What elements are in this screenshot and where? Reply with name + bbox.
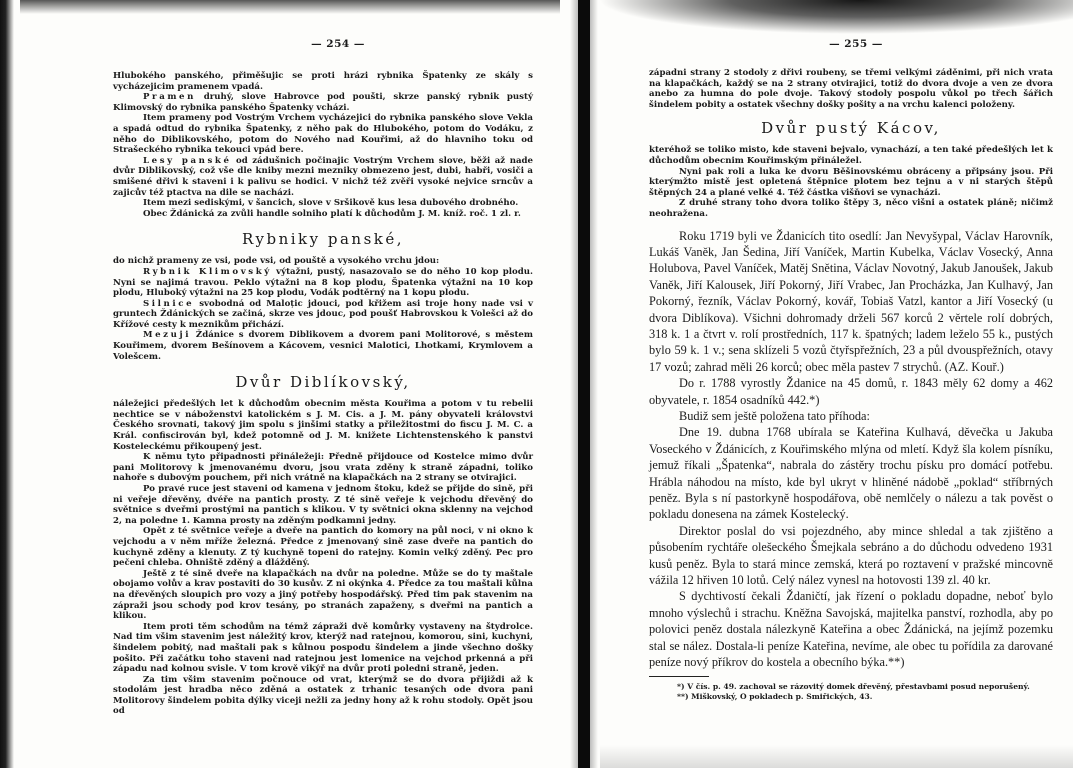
footnote: *) V čís. p. 49. zachoval se rázovitý do… <box>649 682 1053 692</box>
paragraph: Z druhé strany toho dvora toliko štěpy 3… <box>649 198 1053 219</box>
right-intro-text: západni strany 2 stodoly z dřivi roubeny… <box>649 68 1053 110</box>
left-page: — 254 — Hlubokého panského, přiměšujic s… <box>113 38 533 717</box>
paragraph: Direktor poslal do vsi pojezdného, aby m… <box>649 523 1053 589</box>
page-number-255: — 255 — <box>649 38 1053 50</box>
paragraph: Obec Ždánická za zvůli handle solniho pl… <box>113 209 533 220</box>
footnote-divider <box>649 676 709 677</box>
paragraph: do nichž prameny ze vsi, pode vsi, od po… <box>113 256 533 267</box>
spaced-term: Silnice <box>143 299 194 309</box>
spaced-term: Rybnik Klimovský <box>143 267 272 277</box>
paragraph: Silnice svobodná od Maloțic jdouci, pod … <box>113 299 533 331</box>
paragraph: kteréhož se toliko misto, kde staveni be… <box>649 145 1053 166</box>
left-intro-text: Hlubokého panského, přiměšujic se proti … <box>113 71 533 219</box>
right-page: — 255 — západni strany 2 stodoly z dřivi… <box>649 38 1053 702</box>
paragraph: Ještě z té sině dveře na klapačkách na d… <box>113 569 533 622</box>
section-kacov-text: kteréhož se toliko misto, kde staveni be… <box>649 145 1053 219</box>
footnote: **) Miškovský, O pokladech p. Smiřických… <box>649 692 1053 702</box>
paragraph: Lesy panské od zádušnich počinajic Vostr… <box>113 156 533 198</box>
paragraph: Po pravé ruce jest staveni od kamena v j… <box>113 484 533 526</box>
section-title-rybniky-panske: Rybniky panské, <box>113 230 533 248</box>
paragraph: Item proti těm schodům na témž zápraži d… <box>113 622 533 675</box>
paragraph: Hlubokého panského, přiměšujic se proti … <box>113 71 533 92</box>
section-title-dvur-diblikovsky: Dvůr Diblíkovský, <box>113 373 533 391</box>
paragraph: Za tim všim stavenim počnouce od vrat, k… <box>113 675 533 717</box>
paragraph: západni strany 2 stodoly z dřivi roubeny… <box>649 68 1053 110</box>
paragraph: Rybnik Klimovský výtažni, pustý, nasazov… <box>113 267 533 299</box>
footnotes: *) V čís. p. 49. zachoval se rázovitý do… <box>649 682 1053 702</box>
bottom-scan-noise <box>600 745 1073 768</box>
main-body-text: Roku 1719 byli ve Ždanicích tito osedlí:… <box>649 228 1053 671</box>
left-scan-edge <box>0 0 14 768</box>
section-diblikovsky-text: náležejici předešlých let k důchodům obe… <box>113 399 533 717</box>
spaced-term: Mezuji <box>143 330 191 340</box>
spaced-term: Lesy panské <box>143 156 232 166</box>
paragraph: Item prameny pod Vostrým Vrchem vycházej… <box>113 113 533 155</box>
paragraph: S dychtivostí čekali Ždaničtí, jak řízen… <box>649 588 1053 670</box>
paragraph: náležejici předešlých let k důchodům obe… <box>113 399 533 452</box>
paragraph: Pramen druhý, slove Habrovce pod poušti,… <box>113 92 533 113</box>
section-rybniky-text: do nichž prameny ze vsi, pode vsi, od po… <box>113 256 533 362</box>
paragraph: Budiž sem ještě položena tato příhoda: <box>649 408 1053 424</box>
paragraph: Item mezi sediskými, v šancich, slove v … <box>113 198 533 209</box>
paragraph: Dne 19. dubna 1768 ubírala se Kateřina K… <box>649 424 1053 522</box>
paragraph: Roku 1719 byli ve Ždanicích tito osedlí:… <box>649 228 1053 376</box>
top-scan-shadow-left <box>20 0 560 14</box>
book-gutter <box>578 0 590 768</box>
page-number-254: — 254 — <box>113 38 533 50</box>
paragraph: K němu tyto připadnosti přináležeji: Pře… <box>113 452 533 484</box>
spaced-term: Pramen <box>143 92 196 102</box>
scanned-book-spread: — 254 — Hlubokého panského, přiměšujic s… <box>0 0 1073 768</box>
section-title-dvur-pusty-kacov: Dvůr pustý Kácov, <box>649 119 1053 137</box>
top-scan-shadow-right <box>600 0 1073 34</box>
paragraph: Do r. 1788 vyrostly Ždanice na 45 domů, … <box>649 375 1053 408</box>
paragraph: Nyni pak roli a luka ke dvoru Běšinovské… <box>649 167 1053 199</box>
paragraph: Mezuji Ždánice s dvorem Diblikovem a dvo… <box>113 330 533 362</box>
paragraph: Opět z té světnice veřeje a dveře na pan… <box>113 526 533 568</box>
